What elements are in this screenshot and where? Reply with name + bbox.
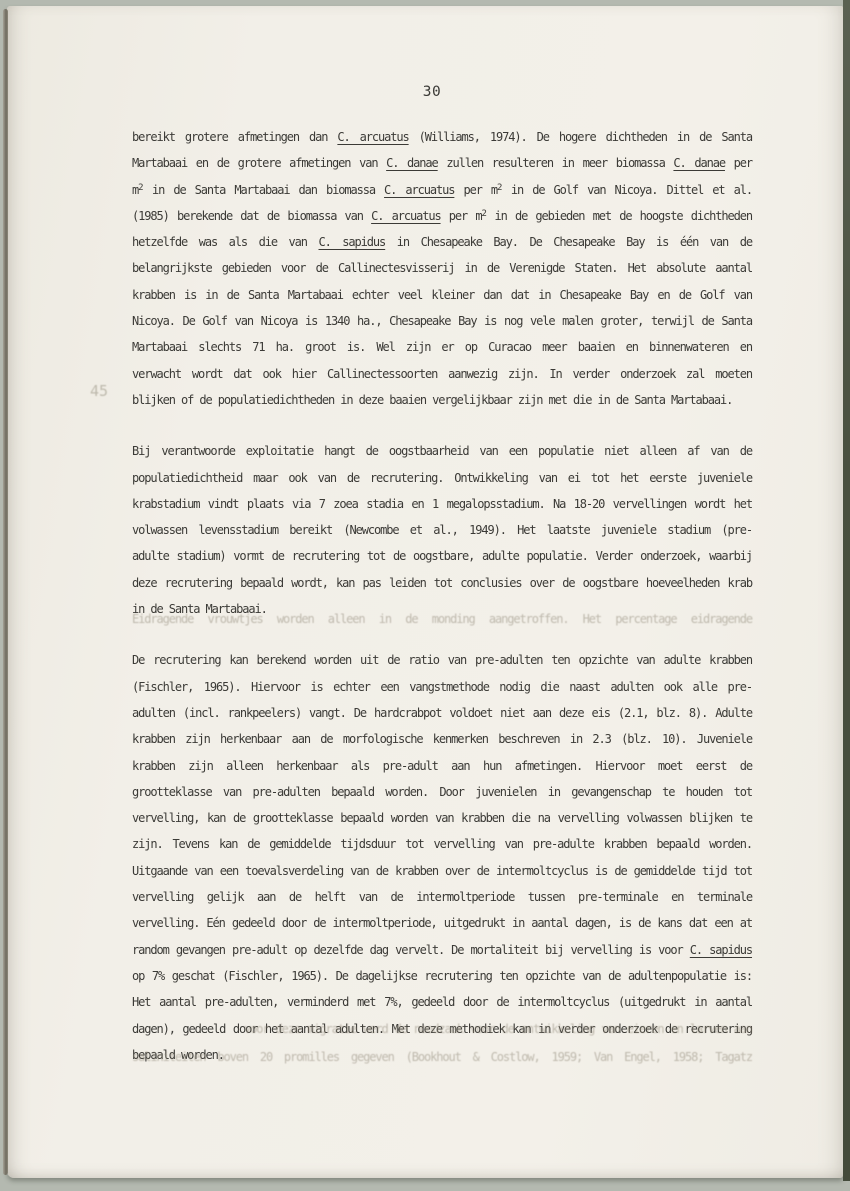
bleedthrough-line: voor deze migratie werd de noodzaak voor…	[244, 1016, 752, 1042]
text-segment: vervelling, kan de grootteklasse bepaald…	[132, 811, 752, 825]
paragraph: De recrutering kan berekend worden uit d…	[132, 647, 752, 1068]
species-name: C. sapidus	[690, 943, 752, 957]
text-line: krabben zijn alleen herkenbaar als pre-a…	[132, 753, 752, 779]
text-segment: Het aantal pre-adulten, verminderd met 7…	[132, 995, 752, 1009]
text-segment: De recrutering kan berekend worden uit d…	[132, 653, 752, 667]
text-line: grootteklasse van pre-adulten bepaald wo…	[132, 779, 752, 805]
bleedthrough-margin-number: 45	[90, 382, 108, 400]
text-line: hetzelfde was als die van C. sapidus in …	[132, 229, 752, 255]
text-segment: in de Golf van Nicoya. Dittel et al.	[502, 183, 752, 197]
species-name: C. arcuatus	[384, 183, 454, 197]
text-line: Martabaai en de grotere afmetingen van C…	[132, 150, 752, 176]
text-segment: vervelling gelijk aan de helft van de in…	[132, 890, 752, 904]
text-line: Martabaai slechts 71 ha. groot is. Wel z…	[132, 334, 752, 360]
text-segment: (1985) berekende dat de biomassa van	[132, 209, 371, 223]
text-segment: Bij verantwoorde exploitatie hangt de oo…	[132, 444, 752, 458]
text-segment: (Williams, 1974). De hogere dichtheden i…	[409, 130, 752, 144]
scanned-page: 45 30 bereikt grotere afmetingen dan C. …	[7, 6, 843, 1178]
paragraph: bereikt grotere afmetingen dan C. arcuat…	[132, 124, 752, 413]
text-line: zijn. Tevens kan de gemiddelde tijdsduur…	[132, 831, 752, 857]
text-segment: random gevangen pre-adult op dezelfde da…	[132, 943, 690, 957]
text-line: Uitgaande van een toevalsverdeling van d…	[132, 858, 752, 884]
text-segment: belangrijkste gebieden voor de Callinect…	[132, 261, 752, 275]
text-segment: Nicoya. De Golf van Nicoya is 1340 ha., …	[132, 314, 752, 328]
text-line: adulte stadium) vormt de recrutering tot…	[132, 543, 752, 569]
text-line: vervelling. Eén gedeeld door de intermol…	[132, 910, 752, 936]
text-segment: Martabaai en de grotere afmetingen van	[132, 156, 386, 170]
bleedthrough-line: saliniteiten boven 20 promilles gegeven …	[132, 1044, 752, 1070]
species-name: C. danae	[386, 156, 438, 170]
text-segment: per m	[454, 183, 497, 197]
text-segment: in de gebieden met de hoogste dichtheden	[486, 209, 752, 223]
text-segment: in de Santa Martabaai dan biomassa	[143, 183, 384, 197]
text-line: krabben is in de Santa Martabaai echter …	[132, 282, 752, 308]
species-name: C. danae	[673, 156, 725, 170]
text-segment: in Chesapeake Bay. De Chesapeake Bay is …	[385, 235, 752, 249]
text-line: belangrijkste gebieden voor de Callinect…	[132, 255, 752, 281]
text-segment: krabstadium vindt plaats via 7 zoea stad…	[132, 497, 752, 511]
text-segment: grootteklasse van pre-adulten bepaald wo…	[132, 785, 752, 799]
text-line: (1985) berekende dat de biomassa van C. …	[132, 203, 752, 229]
text-segment: krabben is in de Santa Martabaai echter …	[132, 288, 752, 302]
scan-right-edge	[843, 0, 850, 1181]
text-segment: populatiedichtheid maar ook van de recru…	[132, 471, 752, 485]
text-segment: op 7% geschat (Fischler, 1965). De dagel…	[132, 969, 752, 983]
bleedthrough-line: Eidragende vrouwtjes worden alleen in de…	[132, 606, 752, 632]
text-line: (Fischler, 1965). Hiervoor is echter een…	[132, 674, 752, 700]
text-segment: deze recrutering bepaald wordt, kan pas …	[132, 576, 752, 590]
text-line: volwassen levensstadium bereikt (Newcomb…	[132, 517, 752, 543]
text-line: vervelling gelijk aan de helft van de in…	[132, 884, 752, 910]
text-segment: verwacht wordt dat ook hier Callinectess…	[132, 367, 752, 381]
text-segment: zijn. Tevens kan de gemiddelde tijdsduur…	[132, 837, 752, 851]
text-line: populatiedichtheid maar ook van de recru…	[132, 465, 752, 491]
text-segment: vervelling. Eén gedeeld door de intermol…	[132, 916, 752, 930]
text-segment: Martabaai slechts 71 ha. groot is. Wel z…	[132, 340, 752, 354]
text-segment: bereikt grotere afmetingen dan	[132, 130, 337, 144]
text-segment: per m	[441, 209, 482, 223]
text-segment: hetzelfde was als die van	[132, 235, 318, 249]
species-name: C. arcuatus	[371, 209, 440, 223]
text-line: blijken of de populatiedichtheden in dez…	[132, 387, 752, 413]
text-line: vervelling, kan de grootteklasse bepaald…	[132, 805, 752, 831]
text-line: verwacht wordt dat ook hier Callinectess…	[132, 361, 752, 387]
text-line: bereikt grotere afmetingen dan C. arcuat…	[132, 124, 752, 150]
text-line: random gevangen pre-adult op dezelfde da…	[132, 937, 752, 963]
text-segment: zullen resulteren in meer biomassa	[438, 156, 674, 170]
text-line: Bij verantwoorde exploitatie hangt de oo…	[132, 438, 752, 464]
text-segment: krabben zijn alleen herkenbaar als pre-a…	[132, 759, 752, 773]
text-line: krabben zijn herkenbaar aan de morfologi…	[132, 726, 752, 752]
text-line: adulten (incl. rankpeelers) vangt. De ha…	[132, 700, 752, 726]
text-line: De recrutering kan berekend worden uit d…	[132, 647, 752, 673]
text-line: Nicoya. De Golf van Nicoya is 1340 ha., …	[132, 308, 752, 334]
text-segment: (Fischler, 1965). Hiervoor is echter een…	[132, 680, 752, 694]
text-segment: Uitgaande van een toevalsverdeling van d…	[132, 864, 752, 878]
text-line: op 7% geschat (Fischler, 1965). De dagel…	[132, 963, 752, 989]
text-line: m2 in de Santa Martabaai dan biomassa C.…	[132, 177, 752, 203]
paragraph: Bij verantwoorde exploitatie hangt de oo…	[132, 438, 752, 622]
text-segment: volwassen levensstadium bereikt (Newcomb…	[132, 523, 752, 537]
text-segment: krabben zijn herkenbaar aan de morfologi…	[132, 732, 752, 746]
text-segment: adulte stadium) vormt de recrutering tot…	[132, 549, 752, 563]
species-name: C. sapidus	[318, 235, 385, 249]
text-segment: per	[725, 156, 752, 170]
text-line: krabstadium vindt plaats via 7 zoea stad…	[132, 491, 752, 517]
book-binding-edge	[3, 9, 8, 1175]
text-segment: adulten (incl. rankpeelers) vangt. De ha…	[132, 706, 752, 720]
text-line: Het aantal pre-adulten, verminderd met 7…	[132, 989, 752, 1015]
page-number: 30	[122, 84, 742, 100]
text-line: deze recrutering bepaald wordt, kan pas …	[132, 570, 752, 596]
species-name: C. arcuatus	[337, 130, 408, 144]
text-segment: blijken of de populatiedichtheden in dez…	[132, 393, 732, 407]
